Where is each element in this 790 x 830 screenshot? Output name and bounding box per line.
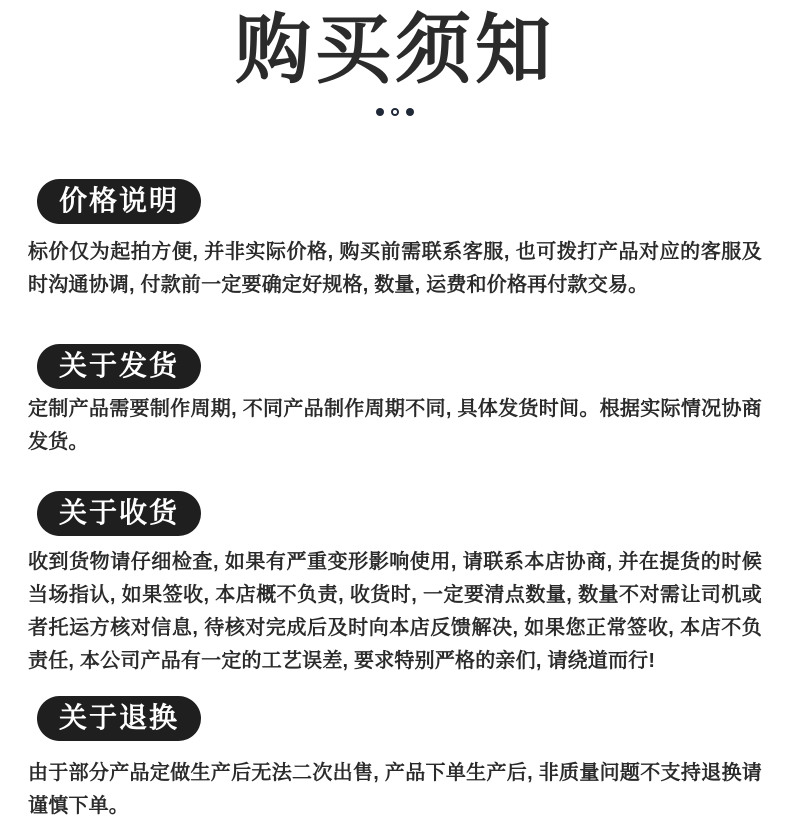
dot-separator [0,107,790,117]
section-price-notes: 价格说明 标价仅为起拍方便, 并非实际价格, 购买前需联系客服, 也可拨打产品对… [0,179,790,302]
dot-filled-left [376,108,384,116]
section-body-text: 收到货物请仔细检查, 如果有严重变形影响使用, 请联系本店协商, 并在提货的时候… [28,546,762,678]
section-body-text: 标价仅为起拍方便, 并非实际价格, 购买前需联系客服, 也可拨打产品对应的客服及… [28,236,762,302]
section-heading-pill: 关于退换 [37,696,201,741]
section-returns: 关于退换 由于部分产品定做生产后无法二次出售, 产品下单生产后, 非质量问题不支… [0,696,790,823]
section-body-text: 定制产品需要制作周期, 不同产品制作周期不同, 具体发货时间。根据实际情况协商发… [28,393,762,459]
page-title: 购买须知 [0,4,790,98]
section-heading-pill: 关于发货 [37,344,201,389]
section-receiving: 关于收货 收到货物请仔细检查, 如果有严重变形影响使用, 请联系本店协商, 并在… [0,491,790,678]
purchase-notice-page: 购买须知 价格说明 标价仅为起拍方便, 并非实际价格, 购买前需联系客服, 也可… [0,0,790,830]
section-heading-pill: 价格说明 [37,179,201,224]
section-body-text: 由于部分产品定做生产后无法二次出售, 产品下单生产后, 非质量问题不支持退换请谨… [28,757,762,823]
dot-hollow-center [391,108,399,116]
dot-filled-right [406,108,414,116]
section-heading-pill: 关于收货 [37,491,201,536]
section-shipping: 关于发货 定制产品需要制作周期, 不同产品制作周期不同, 具体发货时间。根据实际… [0,344,790,459]
